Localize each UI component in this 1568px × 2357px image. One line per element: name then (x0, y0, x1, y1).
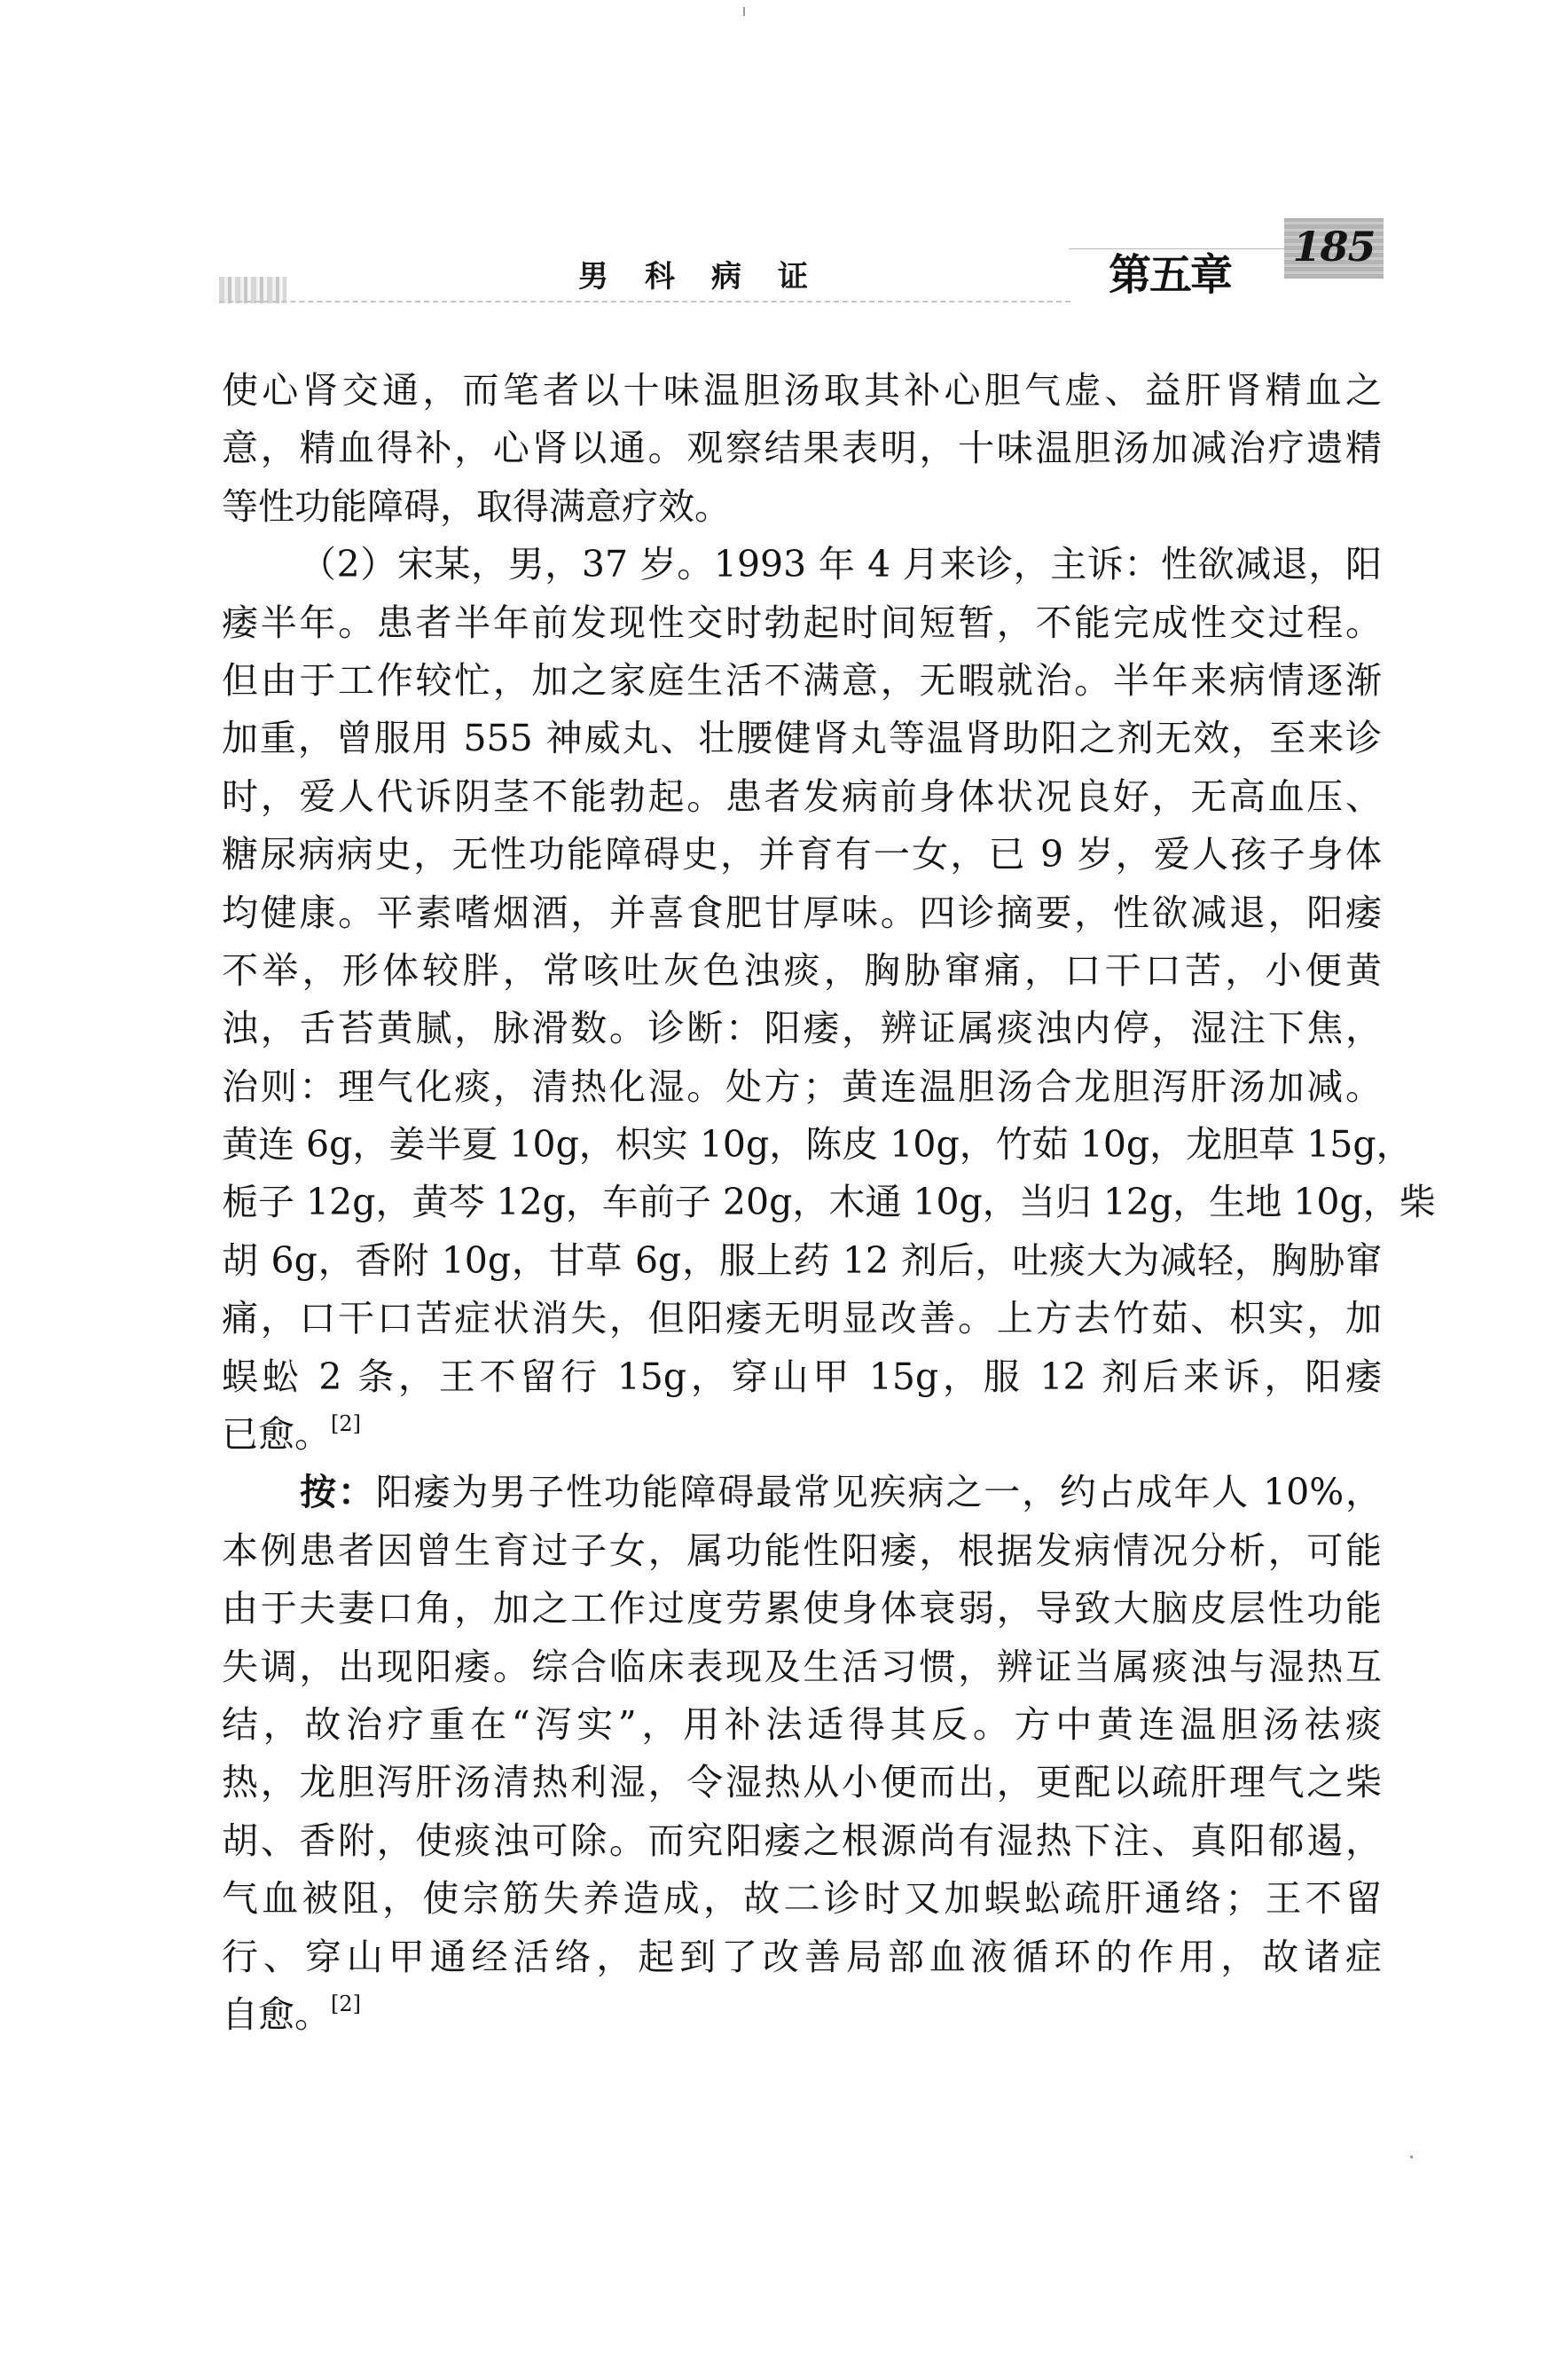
paragraph-commentary: 按：阳痿为男子性功能障碍最常见疾病之一，约占成年人 10%， 本例患者因曾生育过… (222, 1464, 1382, 2044)
text-line: 本例患者因曾生育过子女，属功能性阳痿，根据发病情况分析，可能 (222, 1522, 1382, 1580)
text-line: 糖尿病病史，无性功能障碍史，并育有一女，已 9 岁，爱人孩子身体 (222, 826, 1382, 884)
text-line-final: 已愈。[2] (222, 1406, 1382, 1464)
text-line-content: 阳痿为男子性功能障碍最常见疾病之一，约占成年人 10%， (376, 1471, 1382, 1513)
body-text: 使心肾交通，而笔者以十味温胆汤取其补心胆气虚、益肝肾精血之 意，精血得补，心肾以… (222, 362, 1382, 2044)
text-line: 胡 6g，香附 10g，甘草 6g，服上药 12 剂后，吐痰大为减轻，胸胁窜 (222, 1232, 1382, 1290)
text-line: 等性功能障碍，取得满意疗效。 (222, 478, 1382, 536)
text-line: 治则：理气化痰，清热化湿。处方；黄连温胆汤合龙胆泻肝汤加减。 (222, 1058, 1382, 1116)
text-line: 意，精血得补，心肾以通。观察结果表明，十味温胆汤加减治疗遗精 (222, 420, 1382, 477)
header-title-char: 男 (578, 257, 645, 296)
text-line: 气血被阻，使宗筋失养造成，故二诊时又加蜈蚣疏肝通络；王不留 (222, 1870, 1382, 1928)
text-line: 浊，舌苔黄腻，脉滑数。诊断：阳痿，辨证属痰浊内停，湿注下焦， (222, 1000, 1382, 1057)
text-line-content: 自愈。 (222, 1993, 331, 2036)
text-line-final: 自愈。[2] (222, 1986, 1382, 2044)
header-rule-upper (1069, 248, 1284, 249)
text-line: 但由于工作较忙，加之家庭生活不满意，无暇就治。半年来病情逐渐 (222, 652, 1382, 710)
text-line: 热，龙胆泻肝汤清热利湿，令湿热从小便而出，更配以疏肝理气之柴 (222, 1754, 1382, 1811)
running-header-title: 男 科 病 证 (578, 257, 844, 296)
chapter-label: 第五章 (1109, 250, 1231, 300)
text-line: 结，故治疗重在“泻实”，用补法适得其反。方中黄连温胆汤祛痰 (222, 1696, 1382, 1754)
page-number: 185 (1291, 220, 1376, 273)
text-line: 加重，曾服用 555 神威丸、壮腰健肾丸等温肾助阳之剂无效，至来诊 (222, 710, 1382, 767)
book-page: 男 科 病 证 第五章 185 使心肾交通，而笔者以十味温胆汤取其补心胆气虚、益… (0, 0, 1568, 2357)
paragraph-case-2: （2）宋某，男，37 岁。1993 年 4 月来诊，主诉：性欲减退，阳 痿半年。… (222, 536, 1382, 1464)
text-line: 栀子 12g，黄芩 12g，车前子 20g，木通 10g，当归 12g，生地 1… (222, 1174, 1382, 1231)
citation-ref: [2] (331, 1411, 361, 1436)
text-line: （2）宋某，男，37 岁。1993 年 4 月来诊，主诉：性欲减退，阳 (222, 536, 1382, 593)
text-line: 黄连 6g，姜半夏 10g，枳实 10g，陈皮 10g，竹茹 10g，龙胆草 1… (222, 1116, 1382, 1174)
header-title-char: 科 (645, 257, 711, 296)
text-line: 使心肾交通，而笔者以十味温胆汤取其补心胆气虚、益肝肾精血之 (222, 362, 1382, 420)
text-line-content: 已愈。 (222, 1413, 331, 1456)
text-line: 痿半年。患者半年前发现性交时勃起时间短暂，不能完成性交过程。 (222, 594, 1382, 652)
text-line: 时，爱人代诉阴茎不能勃起。患者发病前身体状况良好，无高血压、 (222, 768, 1382, 826)
paragraph-continuation: 使心肾交通，而笔者以十味温胆汤取其补心胆气虚、益肝肾精血之 意，精血得补，心肾以… (222, 362, 1382, 536)
scan-artifact (1410, 2156, 1413, 2158)
scan-artifact (743, 7, 745, 16)
text-line: 痛，口干口苦症状消失，但阳痿无明显改善。上方去竹茹、枳实，加 (222, 1290, 1382, 1347)
header-title-char: 证 (778, 257, 844, 296)
text-line: 蜈蚣 2 条，王不留行 15g，穿山甲 15g，服 12 剂后来诉，阳痿 (222, 1348, 1382, 1406)
text-line: 胡、香附，使痰浊可除。而究阳痿之根源尚有湿热下注、真阳郁遏， (222, 1812, 1382, 1870)
header-rule-dashed (219, 301, 1070, 302)
header-ornament (219, 277, 286, 303)
commentary-label: 按： (300, 1471, 376, 1513)
text-line: 按：阳痿为男子性功能障碍最常见疾病之一，约占成年人 10%， (222, 1464, 1382, 1521)
text-line: 失调，出现阳痿。综合临床表现及生活习惯，辨证当属痰浊与湿热互 (222, 1638, 1382, 1696)
text-line: 行、穿山甲通经活络，起到了改善局部血液循环的作用，故诸症 (222, 1929, 1382, 1986)
text-line: 由于夫妻口角，加之工作过度劳累使身体衰弱，导致大脑皮层性功能 (222, 1580, 1382, 1638)
citation-ref: [2] (331, 1992, 361, 2016)
text-line: 均健康。平素嗜烟酒，并喜食肥甘厚味。四诊摘要，性欲减退，阳痿 (222, 884, 1382, 942)
header-title-char: 病 (711, 257, 778, 296)
text-line: 不举，形体较胖，常咳吐灰色浊痰，胸胁窜痛，口干口苦，小便黄 (222, 942, 1382, 1000)
